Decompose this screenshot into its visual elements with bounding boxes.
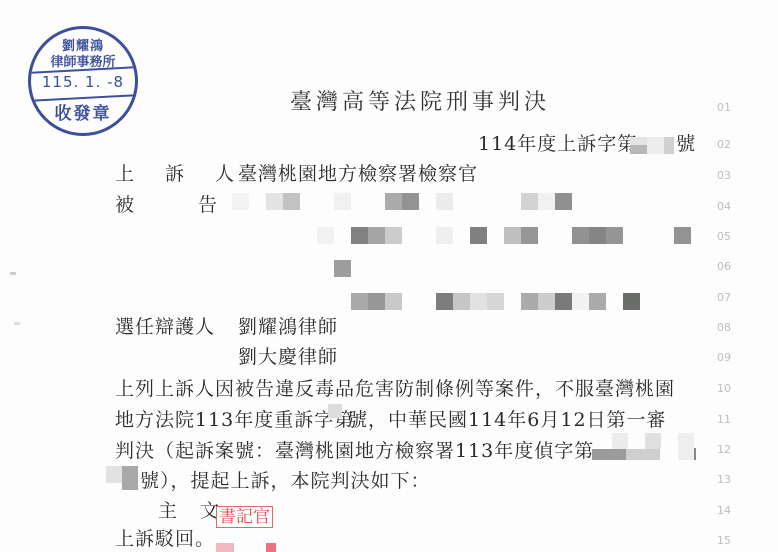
- case-number-prefix: 114年度上訴字第: [478, 133, 637, 155]
- redaction-block: [266, 193, 283, 210]
- clerk-stamp: 書記官: [216, 506, 273, 528]
- line-number: 13: [717, 473, 747, 486]
- redaction-block: [555, 293, 572, 310]
- line-number: 12: [717, 443, 747, 456]
- redaction-block: [334, 260, 351, 277]
- stamp-date: 115. 1. -8: [31, 73, 135, 91]
- redaction-block: [504, 227, 521, 244]
- redaction-block: [122, 466, 138, 490]
- counsel-label: 選任辯護人: [115, 316, 215, 338]
- redaction-block: [436, 227, 453, 244]
- redaction-block: [385, 193, 402, 210]
- appellant-label: 上 訴 人: [115, 163, 240, 185]
- line-number: 05: [717, 230, 747, 243]
- document-title: 臺灣高等法院刑事判決: [290, 92, 550, 114]
- redaction-block: [266, 543, 276, 552]
- redaction-block: [385, 293, 402, 310]
- redaction-block: [487, 293, 504, 310]
- redaction-block: [521, 227, 538, 244]
- redaction-block: [521, 193, 538, 210]
- counsel-1: 劉耀鴻律師: [238, 316, 338, 338]
- redaction-block: [538, 193, 555, 210]
- redaction-block: [283, 193, 300, 210]
- redaction-block: [630, 145, 647, 154]
- scan-speck: [14, 322, 20, 325]
- line-number: 14: [717, 504, 747, 517]
- redaction-block: [592, 449, 626, 460]
- redaction-block: [572, 227, 589, 244]
- redaction-block: [555, 193, 572, 210]
- redaction-block: [436, 193, 453, 210]
- line-number: 11: [717, 413, 747, 426]
- body-line-1: 上列上訴人因被告違反毒品危害防制條例等案件，不服臺灣桃園: [115, 378, 675, 400]
- ruling-text: 上訴駁回。: [115, 528, 215, 550]
- redaction-block: [232, 193, 249, 210]
- redaction-block: [694, 448, 696, 460]
- line-number: 15: [717, 534, 747, 547]
- redaction-block: [470, 293, 487, 310]
- redaction-block: [623, 293, 640, 310]
- redaction-block: [351, 293, 368, 310]
- scan-speck: [10, 272, 16, 275]
- body-line-4: 號），提起上訴，本院判決如下：: [140, 470, 431, 492]
- redaction-block: [589, 293, 606, 310]
- case-number-suffix: 號: [676, 133, 696, 155]
- stamp-label: 收發章: [31, 99, 135, 124]
- defendant-label-part2: 告: [198, 194, 218, 216]
- body-line-3: 判決（起訴案號：臺灣桃園地方檢察署113年度偵字第: [115, 440, 594, 462]
- redaction-block: [612, 433, 628, 449]
- redaction-block: [216, 543, 234, 552]
- redaction-block: [589, 227, 606, 244]
- line-number: 08: [717, 321, 747, 334]
- redaction-block: [647, 137, 664, 154]
- body-line-2b: 號，中華民國114年6月12日第一審: [348, 409, 667, 431]
- redaction-block: [645, 433, 661, 449]
- defendant-label-part1: 被: [115, 194, 135, 216]
- redaction-block: [402, 193, 419, 210]
- redaction-block: [678, 433, 694, 460]
- redaction-block: [334, 193, 351, 210]
- line-number: 03: [717, 169, 747, 182]
- counsel-2: 劉大慶律師: [238, 346, 338, 368]
- redaction-block: [351, 227, 368, 244]
- line-number: 06: [717, 260, 747, 273]
- body-line-2a: 地方法院113年度重訴字第: [115, 409, 354, 431]
- redaction-block: [368, 227, 385, 244]
- main-text-heading-part1: 主: [158, 500, 178, 522]
- redaction-block: [106, 466, 122, 483]
- line-number: 04: [717, 200, 747, 213]
- redaction-block: [521, 293, 538, 310]
- redaction-block: [572, 293, 589, 310]
- redaction-block: [606, 227, 623, 244]
- line-number: 02: [717, 138, 747, 151]
- appellant-name: 臺灣桃園地方檢察署檢察官: [238, 163, 478, 185]
- redaction-block: [674, 227, 691, 244]
- redaction-block: [470, 227, 487, 244]
- redaction-block: [453, 293, 470, 310]
- redaction-block: [436, 293, 453, 310]
- receipt-stamp: 劉耀鴻 律師事務所 115. 1. -8 收發章: [28, 26, 138, 136]
- line-number: 07: [717, 291, 747, 304]
- line-number: 10: [717, 382, 747, 395]
- redaction-block: [328, 404, 342, 418]
- line-number: 01: [717, 101, 747, 114]
- redaction-block: [538, 293, 555, 310]
- redaction-block: [626, 449, 660, 460]
- redaction-block: [317, 227, 334, 244]
- redaction-block: [368, 293, 385, 310]
- line-number: 09: [717, 351, 747, 364]
- redaction-block: [385, 227, 402, 244]
- redaction-block: [664, 137, 674, 154]
